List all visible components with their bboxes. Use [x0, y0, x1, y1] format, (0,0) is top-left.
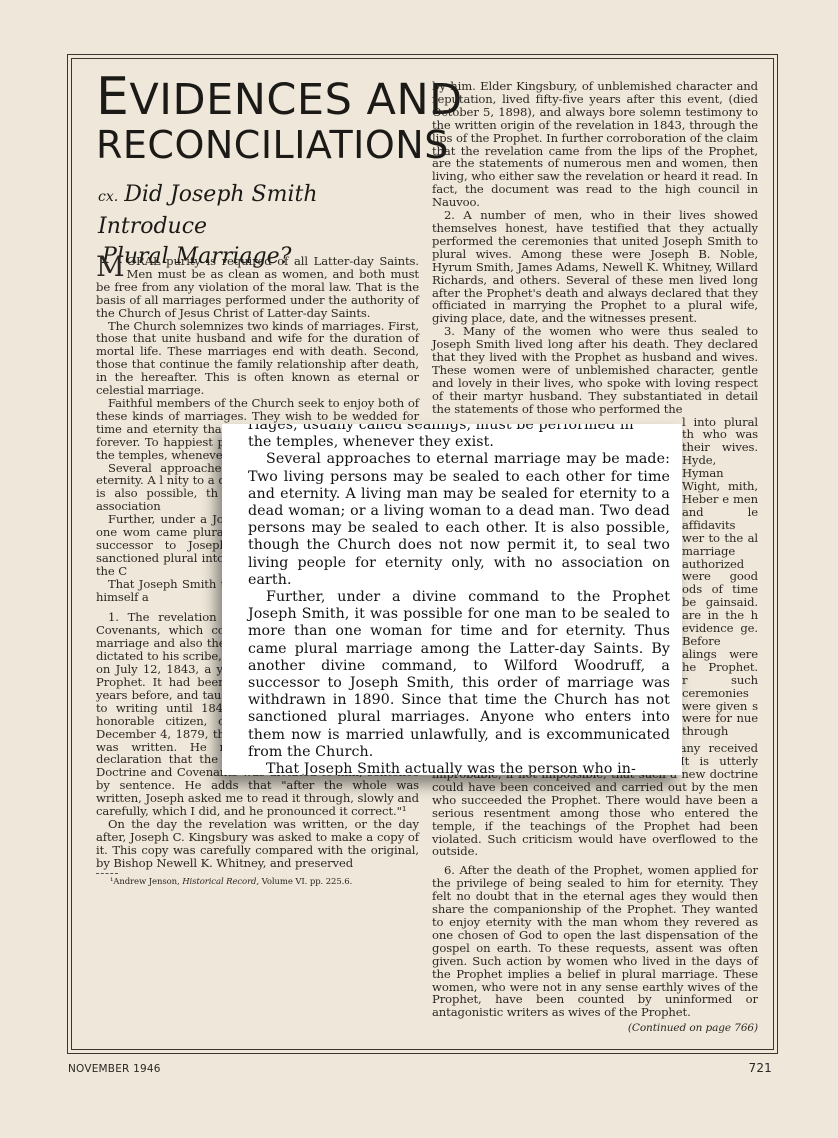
footnote-title: Historical Record,	[182, 877, 259, 887]
intro-smallcaps: ORAL	[127, 254, 161, 268]
footnote-author: ¹Andrew Jenson,	[110, 877, 182, 887]
overlay-paragraph: the temples, whenever they exist.	[248, 434, 670, 451]
title-line-1: VIDENCES AND	[129, 75, 462, 125]
footnote-ref: Volume VI. pp. 225.6.	[259, 877, 352, 887]
paragraph-point-6: 6. After the death of the Prophet, women…	[432, 864, 758, 1019]
title-line-2: RECONCILIATIONS	[96, 123, 426, 167]
intro-paragraph: MORAL purity is required of all Latter-d…	[96, 255, 419, 320]
subtitle-number: cx.	[98, 189, 118, 205]
article-title: EVIDENCES AND RECONCILIATIONS	[96, 74, 426, 167]
title-initial: E	[96, 67, 129, 127]
paragraph-point-2: 2. A number of men, who in their lives s…	[432, 209, 758, 325]
overlay-text: riages, usually called sealings, must be…	[248, 424, 670, 775]
footnote: ¹Andrew Jenson, Historical Record, Volum…	[96, 877, 419, 888]
magnified-excerpt-overlay: riages, usually called sealings, must be…	[222, 424, 682, 775]
paragraph: On the day the revelation was written, o…	[96, 818, 419, 870]
paragraph-point-3: 3. Many of the women who were thus seale…	[432, 325, 758, 415]
paragraph: The Church solemnizes two kinds of marri…	[96, 320, 419, 397]
drop-cap: M	[96, 256, 125, 278]
footnote-rule	[96, 873, 118, 874]
subtitle-line-1: Did Joseph Smith Introduce	[98, 182, 318, 239]
continued-note: (Continued on page 766)	[432, 1022, 758, 1035]
issue-date: NOVEMBER 1946	[68, 1063, 161, 1075]
overlay-paragraph: That Joseph Smith actually was the perso…	[248, 761, 670, 775]
overlay-paragraph: Several approaches to eternal marriage m…	[248, 451, 670, 589]
overlay-cut-line: riages, usually called sealings, must be…	[248, 424, 670, 434]
overlay-paragraph: Further, under a divine command to the P…	[248, 589, 670, 761]
paragraph: by him. Elder Kingsbury, of unblemished …	[432, 80, 758, 209]
page-number: 721	[748, 1061, 772, 1075]
